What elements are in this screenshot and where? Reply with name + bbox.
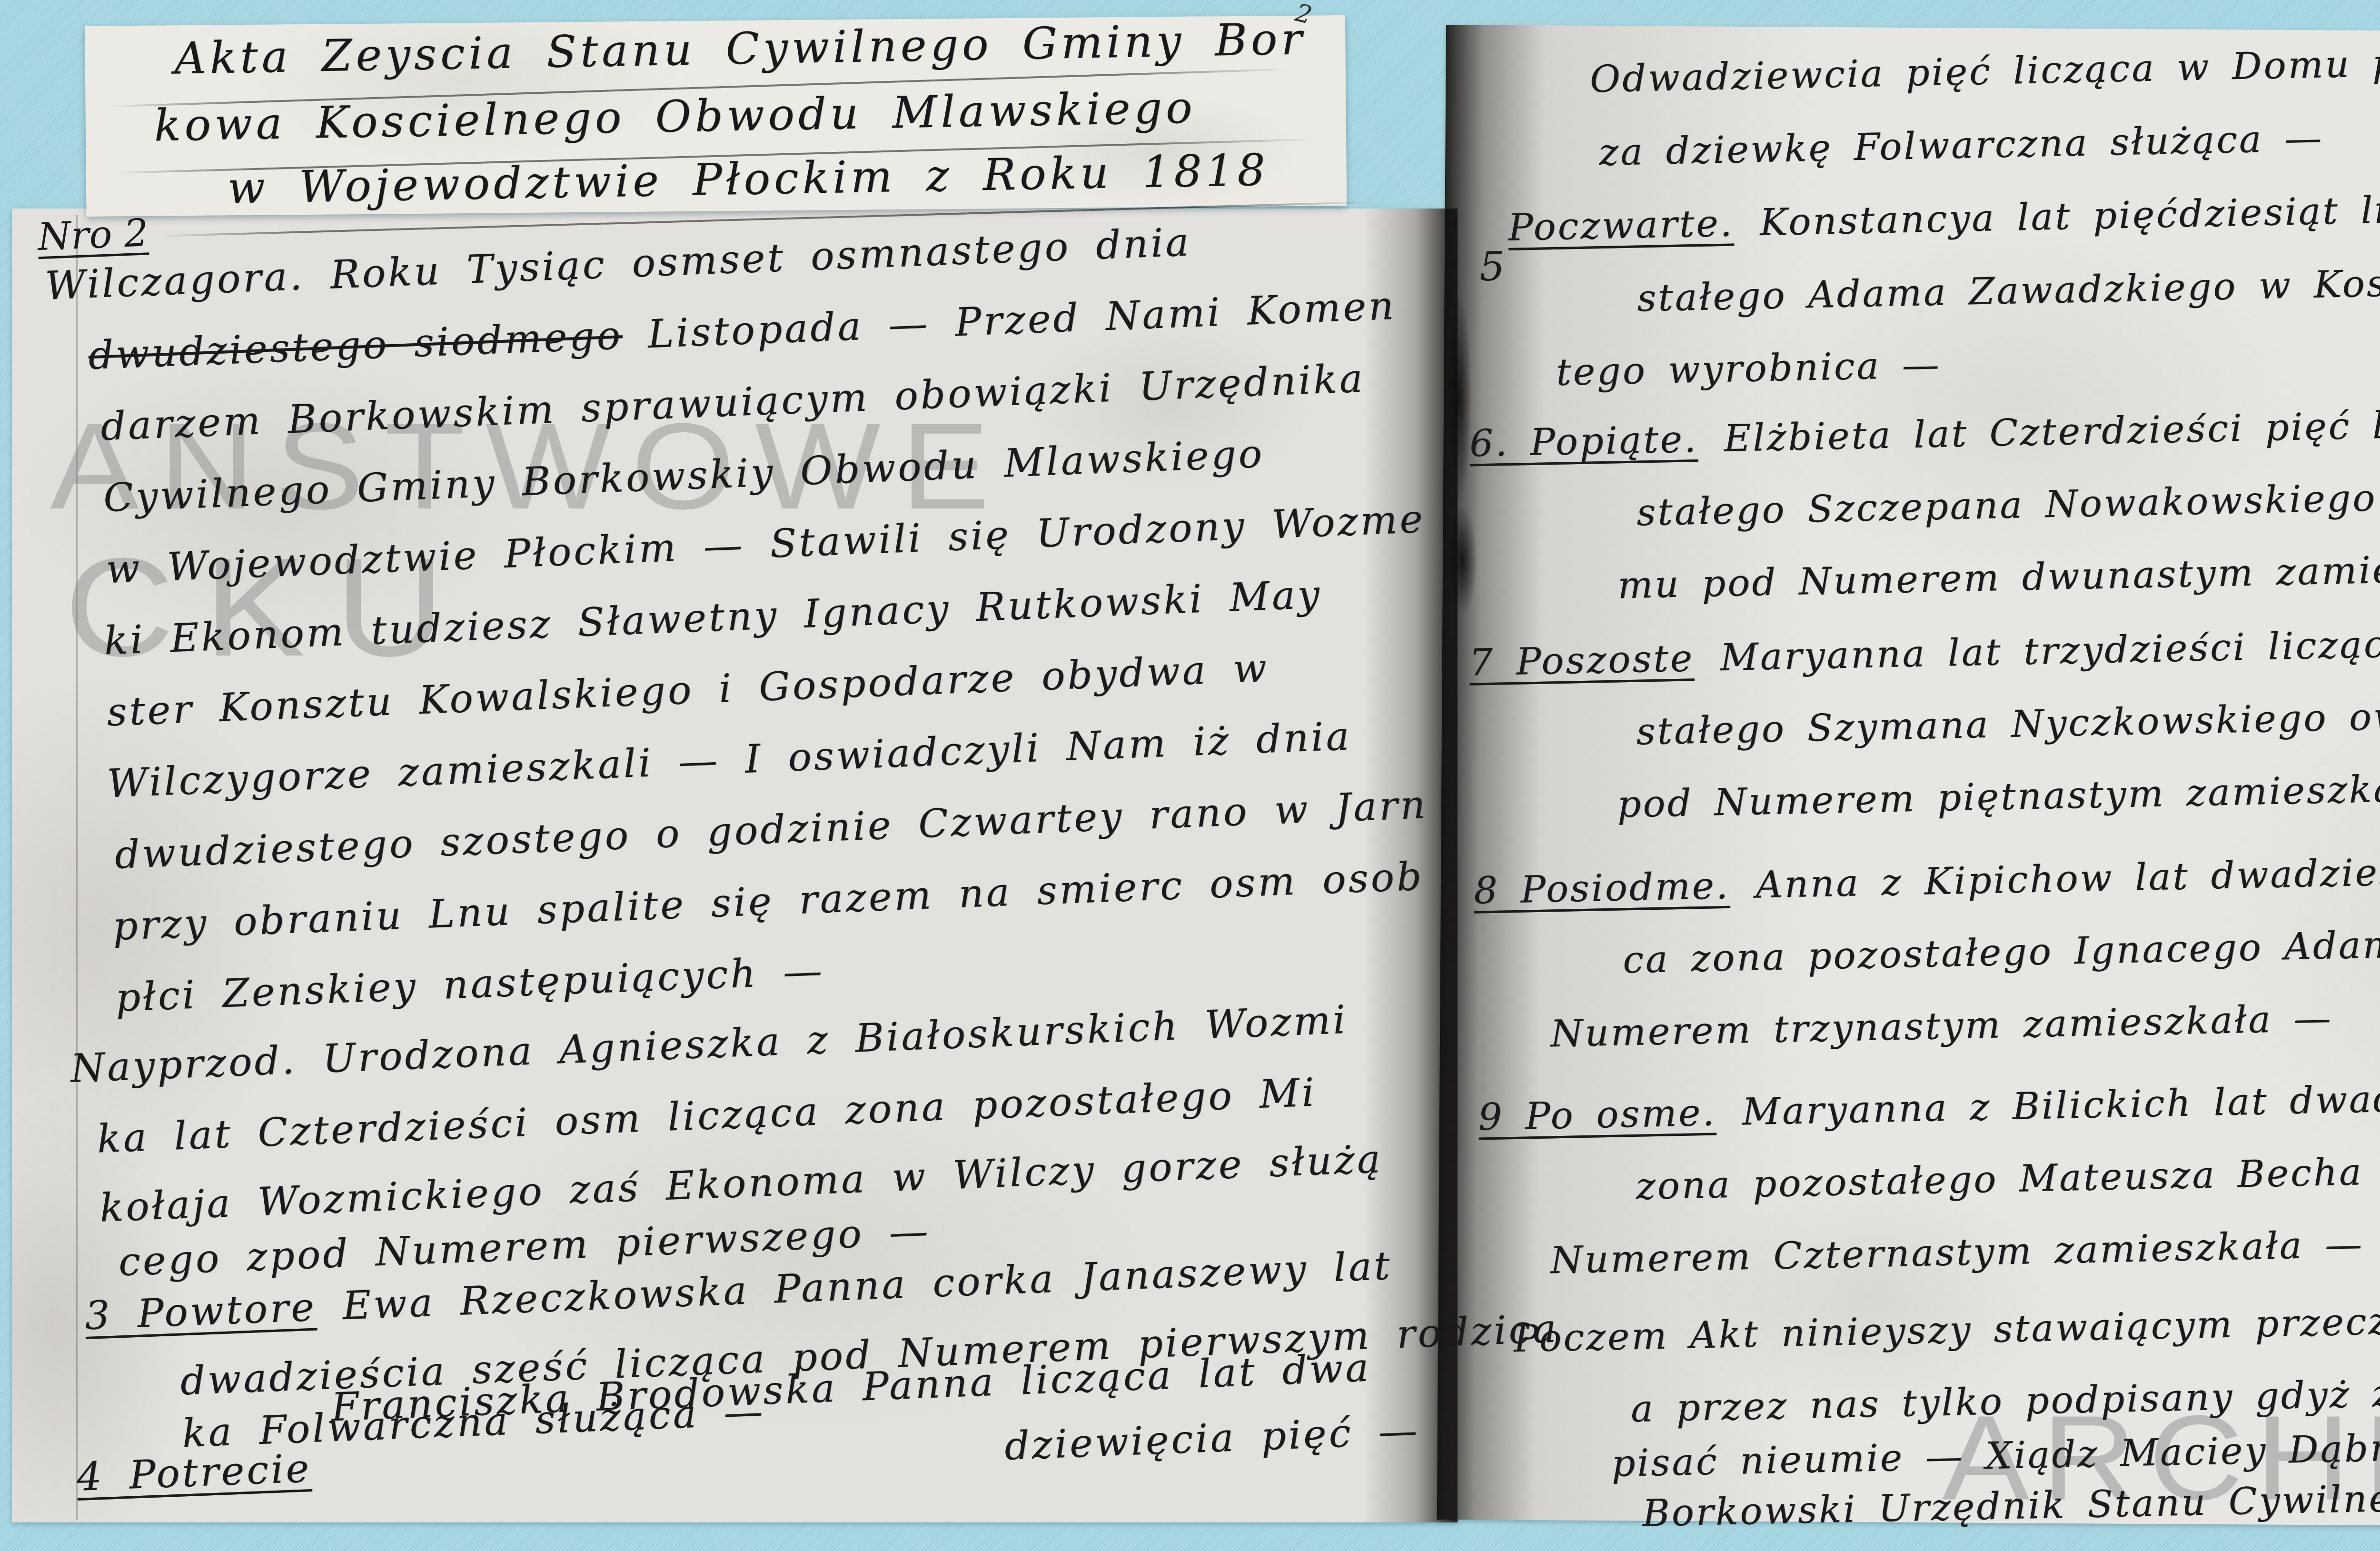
handwritten-line: pisać nieumie — Xiądz Maciey Dąbrowski K… [1611,1420,2380,1485]
handwritten-line: 9 Po osme.Maryanna z Bilickich lat dwadz… [1478,1072,2380,1139]
line-text: Maryanna lat trzydzieści licząca zona po… [1720,618,2380,679]
handwritten-line: stałego Adama Zawadzkiego w Koskach zami… [1636,256,2380,320]
handwritten-line: stałego Szymana Nyczkowskiego owczarka w… [1636,689,2380,754]
act-number-label: Nro 2 [37,210,149,259]
handwritten-line: stałego Szczepana Nowakowskiego wyrobnic… [1636,469,2380,534]
line-text: Roku Tysiąc osmset osmnastego dnia [329,219,1192,298]
line-text: Anna z Kipichow lat dwadzieścia ieden li… [1755,845,2380,906]
entry-label: 3 Powtore [84,1285,317,1339]
handwritten-line: ca zona pozostałego Ignacego Adamiaka w … [1622,916,2380,982]
header-strip-text: Akta Zeyscia Stanu Cywilnego Gminy Bor k… [86,4,1346,217]
line-text: Elżbieta lat Czterdzieści pięć licząca z… [1723,397,2380,460]
handwritten-line: 8 Posiodme.Anna z Kipichow lat dwadzieśc… [1473,845,2380,912]
handwritten-line: płci Zenskiey następuiących — [115,948,825,1021]
handwritten-line: mu pod Numerem dwunastym zamieszkała — [1617,545,2380,607]
struck-words: dwudziestego siodmego [88,313,624,378]
handwritten-line: a przez nas tylko podpisany gdyż z stawa… [1630,1366,2380,1431]
entry-label: 6. Popiąte. [1469,418,1698,466]
handwritten-line: pod Numerem piętnastym zamieszkała [1617,767,2380,826]
handwritten-line: dziewięcia pięć — [1003,1408,1420,1469]
handwritten-line: Poczem Akt ninieyszy stawaiącym przeczyt… [1513,1295,2380,1361]
entry-label: Poczwarte. [1507,202,1734,249]
handwritten-line: Cywilnego Gminy Borkowskiy Obwodu Mlawsk… [102,431,1265,521]
entry-label: 9 Po osme. [1478,1092,1716,1139]
handwritten-line: 4 Potrecie [76,1445,338,1500]
line-text: Urodzona Agnieszka z Białoskurskich Wozm… [322,997,1349,1082]
handwritten-line: 6. Popiąte.Elżbieta lat Czterdzieści pię… [1469,397,2380,466]
line-text: Konstancya lat pięćdziesiąt licząca zona… [1759,182,2380,244]
header-line: kowa Koscielnego Obwodu Mlawskiego [154,82,1197,151]
entry-label: 8 Posiodme. [1473,865,1730,913]
handwritten-line: Numerem Czternastym zamieszkała — [1550,1223,2364,1282]
handwritten-line: zona pozostałego Mateusza Becha w Domu p… [1636,1145,2380,1208]
document-scan: { "header_strip": { "lines": [ "Akta Zey… [0,0,2380,1551]
left-page-text: Nro 2 Wilczagora.Roku Tysiąc osmset osmn… [29,169,1487,1546]
handwritten-line: 7 PoszosteMaryanna lat trzydzieści liczą… [1469,618,2380,685]
place-name-label: Wilczagora. [44,254,305,309]
entry-label: 4 Potrecie [76,1446,312,1500]
line-text: Maryanna z Bilickich lat dwadzieścia lic… [1742,1072,2380,1134]
handwritten-line: Poczwarte.Konstancya lat pięćdziesiąt li… [1507,182,2380,249]
handwritten-line: Numerem trzynastym zamieszkała — [1550,997,2333,1055]
entry-number-label: 5 [1479,243,1505,290]
right-page-text: 5 Odwadziewcia pięć licząca w Domu pod N… [1457,5,2380,1532]
handwritten-line: tego wyrobnica — [1556,344,1941,394]
handwritten-line: ster Konsztu Kowalskiego i Gospodarze ob… [106,646,1270,736]
entry-label: Nayprzod. [69,1038,297,1092]
handwritten-line: Odwadziewcia pięć licząca w Domu pod Num… [1589,32,2380,101]
handwritten-line: za dziewkę Folwarczna służąca — [1598,117,2324,175]
entry-label: 7 Poszoste [1469,637,1695,684]
line-text: Listopada — Przed Nami Komen [622,283,1397,358]
